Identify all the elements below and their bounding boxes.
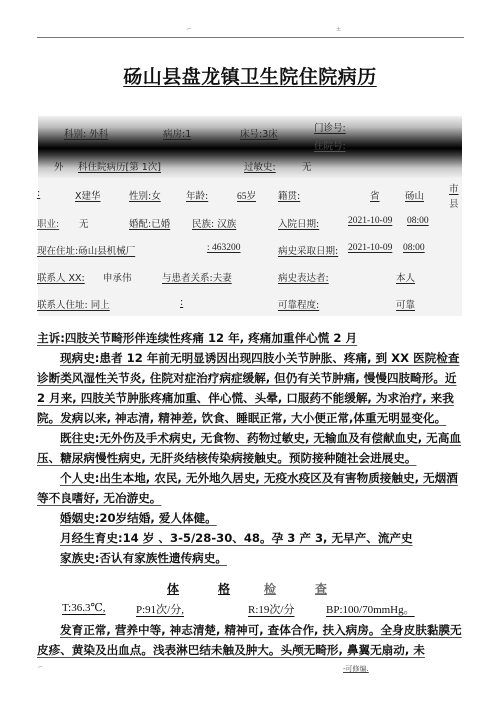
respiration: R:19次/分 xyxy=(248,601,294,617)
header-mark-left: ⌐ xyxy=(187,26,192,33)
header-rule xyxy=(37,37,464,38)
personal-history: 个人史:出生本地, 农民, 无外地久居史, 无疫水疫区及有害物质接触史, 无烟酒… xyxy=(37,468,465,508)
reliability-label: 可靠程度: xyxy=(278,297,319,311)
gender-field: 性别:女 xyxy=(129,188,161,202)
document-title: 砀山县盘龙镇卫生院住院病历 xyxy=(0,62,500,89)
history-date-label: 病史采取日期: xyxy=(278,243,338,257)
outpatient-no-field: 门诊号: xyxy=(314,120,346,134)
contact-label: 联系人 XX: xyxy=(37,270,85,284)
history-time: 08:00 xyxy=(403,243,425,253)
occupation-value: 无 xyxy=(79,216,89,230)
name-label: : xyxy=(37,188,40,199)
medical-record-body: 主诉:四肢关节畸形伴连续性疼痛 12 年, 疼痛加重伴心慌 2 月 现病史:患者… xyxy=(37,328,465,568)
admission-date: 2021-10-09 xyxy=(348,216,392,226)
city-suffix-shi: 市 xyxy=(449,181,459,195)
ward-field: 病房:1 xyxy=(163,126,191,140)
contact-name: 申承伟 xyxy=(103,270,132,284)
marital-field: 婚配:已婚 xyxy=(129,216,170,230)
department-field: 科别: 外科 xyxy=(64,126,108,140)
temperature: T:36.3℃, xyxy=(62,601,106,614)
bed-field: 床号:3床 xyxy=(240,126,278,140)
blood-pressure: BP:100/70mmHg。 xyxy=(326,601,415,617)
footer-mark: ⌐ xyxy=(38,664,43,671)
postcode-field: : 463200 xyxy=(207,243,241,253)
marriage-history: 婚姻史:20岁结婚, 爱人体健。 xyxy=(37,508,465,528)
reliability-value: 可靠 xyxy=(396,297,415,311)
pulse: P:91次/分, xyxy=(136,601,184,617)
age-value: 65岁 xyxy=(237,188,256,202)
past-history: 既往史:无外伤及手术病史, 无食物、药物过敏史, 无输血及有偿献血史, 无高血压… xyxy=(37,428,465,468)
exam-general: 发育正常, 营养中等, 神志清楚, 精神可, 查体合作, 扶入病房。全身皮肤黏膜… xyxy=(37,620,465,660)
record-type: 科住院病历[第 1次] xyxy=(78,159,161,173)
occupation-label: 职业: xyxy=(37,216,59,230)
admission-time: 08:00 xyxy=(407,216,429,226)
admission-date-label: 入院日期: xyxy=(278,216,319,230)
menstrual-history: 月经生育史:14 岁 、3-5/28-30、48。孕 3 产 3, 无早产、流产… xyxy=(37,528,465,548)
city-field: 砀山 xyxy=(405,188,424,202)
footer-text: -可修编. xyxy=(343,664,369,674)
family-history: 家族史:否认有家族性遗传病史。 xyxy=(37,548,465,568)
inpatient-no-field: 住院号: xyxy=(314,138,346,152)
record-type-prefix: 外 xyxy=(54,159,64,173)
narrator-label: 病史表达者: xyxy=(278,270,329,284)
exam-title-char-2: 格 xyxy=(218,580,230,597)
age-label: 年龄: xyxy=(186,188,208,202)
address-field: 现在住址:砀山县机械厂 xyxy=(37,243,135,257)
chief-complaint: 主诉:四肢关节畸形伴连续性疼痛 12 年, 疼痛加重伴心慌 2 月 xyxy=(37,328,465,348)
allergy-value: 无 xyxy=(302,159,312,173)
present-illness: 现病史:患者 12 年前无明显诱因出现四肢小关节肿胀、疼痛, 到 XX 医院检查… xyxy=(37,348,465,428)
exam-title-char-1: 体 xyxy=(167,580,179,597)
name-value: X建华 xyxy=(75,188,101,202)
narrator-value: 本人 xyxy=(396,270,415,284)
relation-field: 与患者关系:夫妻 xyxy=(162,270,232,284)
exam-title-char-4: 查 xyxy=(315,580,327,597)
history-date: 2021-10-09 xyxy=(348,243,392,253)
contact-address-colon: : xyxy=(180,297,183,308)
ethnicity-field: 民族: 汉族 xyxy=(192,216,236,230)
contact-address-field: 联系人住址: 同上 xyxy=(37,297,110,311)
header-mark-right: ± xyxy=(336,26,341,33)
city-suffix-xian: 县 xyxy=(449,196,459,210)
exam-title-char-3: 检 xyxy=(264,580,276,597)
native-place-label: 籍贯: xyxy=(278,188,300,202)
province-field: 省 xyxy=(370,188,380,202)
allergy-label: 过敏史: xyxy=(244,159,276,173)
